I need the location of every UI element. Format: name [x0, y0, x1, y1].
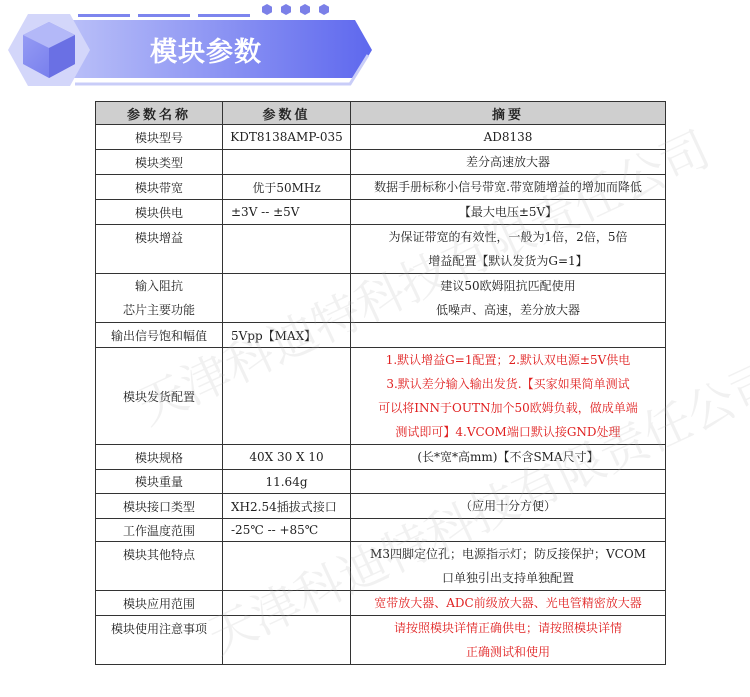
- param-name-cell: 模块增益: [96, 225, 223, 274]
- param-value-cell: 11.64g: [223, 470, 351, 494]
- decorative-dots: [262, 4, 329, 15]
- table-row: 输入阻抗芯片主要功能建议50欧姆阻抗匹配使用低噪声、高速，差分放大器: [96, 274, 666, 323]
- section-banner: 模块参数: [0, 0, 380, 95]
- param-value-cell: [223, 542, 351, 591]
- summary-line: AD8138: [351, 125, 665, 149]
- table-row: 模块其他特点M3四脚定位孔；电源指示灯；防反接保护；VCOM口单独引出支持单独配…: [96, 542, 666, 591]
- summary-cell: AD8138: [351, 125, 666, 150]
- summary-line: 增益配置【默认发货为G=1】: [351, 249, 665, 273]
- param-value-cell: 5Vpp【MAX】: [223, 323, 351, 348]
- summary-line: 宽带放大器、ADC前级放大器、光电管精密放大器: [351, 591, 665, 615]
- section-title: 模块参数: [150, 30, 262, 69]
- summary-cell: 建议50欧姆阻抗匹配使用低噪声、高速，差分放大器: [351, 274, 666, 323]
- summary-cell: 1.默认增益G=1配置；2.默认双电源±5V供电3.默认差分输入输出发货.【买家…: [351, 348, 666, 445]
- summary-cell: 数据手册标称小信号带宽.带宽随增益的增加而降低: [351, 175, 666, 200]
- table-row: 模块接口类型XH2.54插拔式接口（应用十分方便）: [96, 494, 666, 519]
- param-name-cell: 模块其他特点: [96, 542, 223, 591]
- param-value-cell: [223, 348, 351, 445]
- param-value-cell: XH2.54插拔式接口: [223, 494, 351, 519]
- summary-line: 低噪声、高速，差分放大器: [351, 298, 665, 322]
- table-row: 工作温度范围-25℃ -- +85℃: [96, 519, 666, 542]
- summary-line: 3.默认差分输入输出发货.【买家如果简单测试: [351, 372, 665, 396]
- param-value-cell: KDT8138AMP-035: [223, 125, 351, 150]
- param-value-cell: ±3V -- ±5V: [223, 200, 351, 225]
- param-name-cell: 模块应用范围: [96, 591, 223, 616]
- param-name-cell: 模块带宽: [96, 175, 223, 200]
- table-header-row: 参数名称 参数值 摘要: [96, 102, 666, 125]
- summary-cell: 为保证带宽的有效性，一般为1倍，2倍，5倍增益配置【默认发货为G=1】: [351, 225, 666, 274]
- table-row: 模块应用范围宽带放大器、ADC前级放大器、光电管精密放大器: [96, 591, 666, 616]
- param-name: 输入阻抗: [96, 274, 222, 298]
- summary-cell: 请按照模块详情正确供电；请按照模块详情正确测试和使用: [351, 616, 666, 665]
- summary-cell: 宽带放大器、ADC前级放大器、光电管精密放大器: [351, 591, 666, 616]
- header-summary: 摘要: [351, 102, 666, 125]
- param-name-cell: 模块重量: [96, 470, 223, 494]
- param-value-cell: 40X 30 X 10: [223, 445, 351, 470]
- summary-cell: 差分高速放大器: [351, 150, 666, 175]
- param-name: 芯片主要功能: [96, 298, 222, 322]
- table-row: 模块增益为保证带宽的有效性，一般为1倍，2倍，5倍增益配置【默认发货为G=1】: [96, 225, 666, 274]
- summary-line: 请按照模块详情正确供电；请按照模块详情: [351, 616, 665, 640]
- summary-line: 1.默认增益G=1配置；2.默认双电源±5V供电: [351, 348, 665, 372]
- summary-line: 差分高速放大器: [351, 150, 665, 174]
- param-name-cell: 工作温度范围: [96, 519, 223, 542]
- parameters-table: 参数名称 参数值 摘要 模块型号KDT8138AMP-035AD8138模块类型…: [95, 101, 666, 665]
- summary-line: M3四脚定位孔；电源指示灯；防反接保护；VCOM: [351, 542, 665, 566]
- summary-cell: 【最大电压±5V】: [351, 200, 666, 225]
- param-name-cell: 输出信号饱和幅值: [96, 323, 223, 348]
- summary-line: 口单独引出支持单独配置: [351, 566, 665, 590]
- param-name-cell: 模块规格: [96, 445, 223, 470]
- table-row: 模块供电±3V -- ±5V【最大电压±5V】: [96, 200, 666, 225]
- param-name-cell: 模块供电: [96, 200, 223, 225]
- summary-cell: （应用十分方便）: [351, 494, 666, 519]
- summary-cell: [351, 323, 666, 348]
- header-param-value: 参数值: [223, 102, 351, 125]
- table-row: 模块重量11.64g: [96, 470, 666, 494]
- header-param-name: 参数名称: [96, 102, 223, 125]
- table-row: 输出信号饱和幅值5Vpp【MAX】: [96, 323, 666, 348]
- param-name-cell: 模块接口类型: [96, 494, 223, 519]
- param-name-cell: 输入阻抗芯片主要功能: [96, 274, 223, 323]
- param-value-cell: 优于50MHz: [223, 175, 351, 200]
- param-value-cell: [223, 274, 351, 323]
- param-name-cell: 模块型号: [96, 125, 223, 150]
- summary-line: 建议50欧姆阻抗匹配使用: [351, 274, 665, 298]
- table-row: 模块规格40X 30 X 10(长*宽*高mm)【不含SMA尺寸】: [96, 445, 666, 470]
- summary-line: (长*宽*高mm)【不含SMA尺寸】: [351, 445, 665, 469]
- param-name-cell: 模块发货配置: [96, 348, 223, 445]
- param-name-cell: 模块类型: [96, 150, 223, 175]
- table-row: 模块发货配置1.默认增益G=1配置；2.默认双电源±5V供电3.默认差分输入输出…: [96, 348, 666, 445]
- table-row: 模块带宽优于50MHz数据手册标称小信号带宽.带宽随增益的增加而降低: [96, 175, 666, 200]
- summary-line: （应用十分方便）: [351, 494, 665, 518]
- param-value-cell: -25℃ -- +85℃: [223, 519, 351, 542]
- summary-cell: M3四脚定位孔；电源指示灯；防反接保护；VCOM口单独引出支持单独配置: [351, 542, 666, 591]
- table-row: 模块使用注意事项请按照模块详情正确供电；请按照模块详情正确测试和使用: [96, 616, 666, 665]
- summary-cell: [351, 519, 666, 542]
- summary-line: 测试即可】4.VCOM端口默认接GND处理: [351, 420, 665, 444]
- summary-line: 正确测试和使用: [351, 640, 665, 664]
- summary-cell: (长*宽*高mm)【不含SMA尺寸】: [351, 445, 666, 470]
- param-value-cell: [223, 225, 351, 274]
- param-value-cell: [223, 616, 351, 665]
- param-name-cell: 模块使用注意事项: [96, 616, 223, 665]
- summary-line: 为保证带宽的有效性，一般为1倍，2倍，5倍: [351, 225, 665, 249]
- table-row: 模块型号KDT8138AMP-035AD8138: [96, 125, 666, 150]
- summary-cell: [351, 470, 666, 494]
- summary-line: 可以将INN于OUTN加个50欧姆负载，做成单端: [351, 396, 665, 420]
- param-value-cell: [223, 591, 351, 616]
- table-row: 模块类型差分高速放大器: [96, 150, 666, 175]
- summary-line: 【最大电压±5V】: [351, 200, 665, 224]
- summary-line: 数据手册标称小信号带宽.带宽随增益的增加而降低: [351, 175, 665, 199]
- param-value-cell: [223, 150, 351, 175]
